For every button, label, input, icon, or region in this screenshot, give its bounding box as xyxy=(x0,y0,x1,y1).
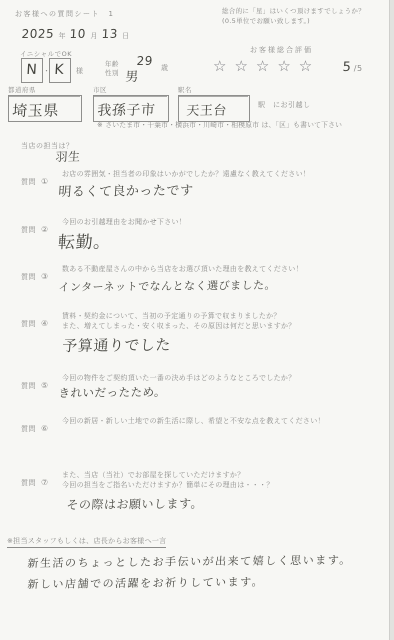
staff-comment-heading: ※担当スタッフもしくは、店長からお客様へ一言 xyxy=(7,536,166,548)
rating-label: お客様総合評価 xyxy=(250,45,313,55)
station-suffix-label: 駅 にお引越し xyxy=(258,100,311,110)
question-number-icon: ⑦ xyxy=(41,478,49,487)
question-block-5: 質問⑤ 今回の物件をご契約頂いた一番の決め手はどのようなところでしたか？ きれい… xyxy=(21,373,381,392)
question-answer-handwritten: きれいだったため。 xyxy=(58,384,167,401)
question-answer-handwritten: インターネットでなんとなく選びました。 xyxy=(58,277,277,295)
question-label: 質問 xyxy=(21,273,36,281)
question-label: 質問 xyxy=(21,479,36,487)
question-text: 今回のお引越理由をお聞かせ下さい！ xyxy=(62,217,377,227)
rating-prompt-line1: 総合的に「星」はいくつ頂けますでしょうか？ xyxy=(222,7,365,17)
question-text: 数ある不動産屋さんの中から当店をお選び頂いた理由を教えてください！ xyxy=(62,264,377,274)
question-number-icon: ① xyxy=(41,177,49,186)
city-value-handwritten: 我孫子市 xyxy=(97,99,156,120)
station-value-handwritten: 天王台 xyxy=(186,100,228,119)
question-number-icon: ⑥ xyxy=(41,424,49,433)
date-year-handwritten: 2025 xyxy=(21,27,54,41)
question-answer-handwritten: 予算通りでした xyxy=(62,334,172,356)
question-label: 質問 xyxy=(21,425,36,433)
city-box: 我孫子市 xyxy=(93,95,169,122)
date-month-handwritten: 10 xyxy=(69,27,86,41)
rating-prompt: 総合的に「星」はいくつ頂けますでしょうか？ (0.5単位でお願い致します。) xyxy=(222,7,365,27)
prefecture-box: 埼玉県 xyxy=(8,95,82,122)
age-value-handwritten: 29 xyxy=(136,54,153,68)
question-answer-handwritten: 転勤。 xyxy=(58,227,112,253)
sex-value-handwritten: 男 xyxy=(125,66,140,85)
staff-comment-line1-handwritten: 新生活のちょっとしたお手伝いが出来て嬉しく思います。 xyxy=(27,552,352,571)
initial-last-handwritten: K xyxy=(54,59,65,82)
question-number-icon: ③ xyxy=(41,272,49,281)
age-sex-label: 年齢 性別 xyxy=(105,60,119,79)
prefecture-value-handwritten: 埼玉県 xyxy=(12,100,60,121)
question-number-icon: ⑤ xyxy=(41,381,49,390)
question-label: 質問 xyxy=(21,320,36,328)
question-answer-handwritten: 明るくて良かったです xyxy=(58,180,194,200)
question-label: 質問 xyxy=(21,178,36,186)
date-day-handwritten: 13 xyxy=(101,27,118,41)
question-block-1: 質問① お店の雰囲気・担当者の印象はいかがでしたか？遠慮なく教えてください！ 明… xyxy=(21,169,381,188)
question-label: 質問 xyxy=(21,226,36,234)
question-answer-handwritten: その際はお願いします。 xyxy=(66,495,204,513)
date-year-unit: 年 xyxy=(59,32,67,40)
page-title: お客様への質問シート 1 xyxy=(15,9,114,19)
date-day-unit: 日 xyxy=(122,32,130,40)
age-unit-label: 歳 xyxy=(161,63,169,73)
staff-comment-line2-handwritten: 新しい店舗での活躍をお祈りしています。 xyxy=(27,574,265,592)
question-text: 今回の新居・新しい土地での新生活に際し、希望と不安な点を教えてください！ xyxy=(62,416,377,426)
star-rating-icons: ☆☆☆☆☆ xyxy=(213,57,320,75)
rating-score-denominator: /5 xyxy=(354,64,363,73)
honorific-label: 様 xyxy=(76,66,84,76)
initial-last-box: K xyxy=(49,58,71,83)
station-box: 天王台 xyxy=(178,95,250,122)
staff-in-charge-answer-handwritten: 羽生 xyxy=(55,148,81,165)
questionnaire-sheet: お客様への質問シート 1 総合的に「星」はいくつ頂けますでしょうか？ (0.5単… xyxy=(0,0,394,640)
question-text: 今回の物件をご契約頂いた一番の決め手はどのようなところでしたか？ xyxy=(62,373,377,383)
rating-score: 5/5 xyxy=(343,60,363,75)
question-block-3: 質問③ 数ある不動産屋さんの中から当店をお選び頂いた理由を教えてください！ イン… xyxy=(21,264,381,283)
date-month-unit: 月 xyxy=(90,32,98,40)
question-block-6: 質問⑥ 今回の新居・新しい土地での新生活に際し、希望と不安な点を教えてください！ xyxy=(21,416,381,435)
question-block-2: 質問② 今回のお引越理由をお聞かせ下さい！ 転勤。 xyxy=(21,217,381,236)
scan-edge-shadow xyxy=(389,0,394,640)
question-block-7: 質問⑦ また、当店（当社）でお部屋を探していただけますか？ 今回の担当をご指名い… xyxy=(21,470,381,489)
rating-prompt-line2: (0.5単位でお願い致します。) xyxy=(222,17,365,27)
initial-first-handwritten: N xyxy=(25,59,37,82)
initial-note: イニシャルでOK xyxy=(20,49,72,58)
question-label: 質問 xyxy=(21,382,36,390)
ward-note: ※ さいたま市・千葉市・横浜市・川崎市・相模原市 は、「区」も書いて下さい xyxy=(97,119,342,129)
question-text: 賃料・契約金について、当初の予定通りの予算で収まりましたか？ また、増えてしまっ… xyxy=(62,311,377,331)
date-row: 2025年10月13日 xyxy=(18,27,130,41)
rating-score-handwritten: 5 xyxy=(342,60,352,75)
question-text: お店の雰囲気・担当者の印象はいかがでしたか？遠慮なく教えてください！ xyxy=(62,169,377,179)
question-number-icon: ④ xyxy=(41,319,49,328)
question-number-icon: ② xyxy=(41,225,49,234)
initial-first-box: N xyxy=(21,58,43,83)
question-text: また、当店（当社）でお部屋を探していただけますか？ 今回の担当をご指名いただけま… xyxy=(62,470,377,490)
question-block-4: 質問④ 賃料・契約金について、当初の予定通りの予算で収まりましたか？ また、増え… xyxy=(21,311,381,330)
